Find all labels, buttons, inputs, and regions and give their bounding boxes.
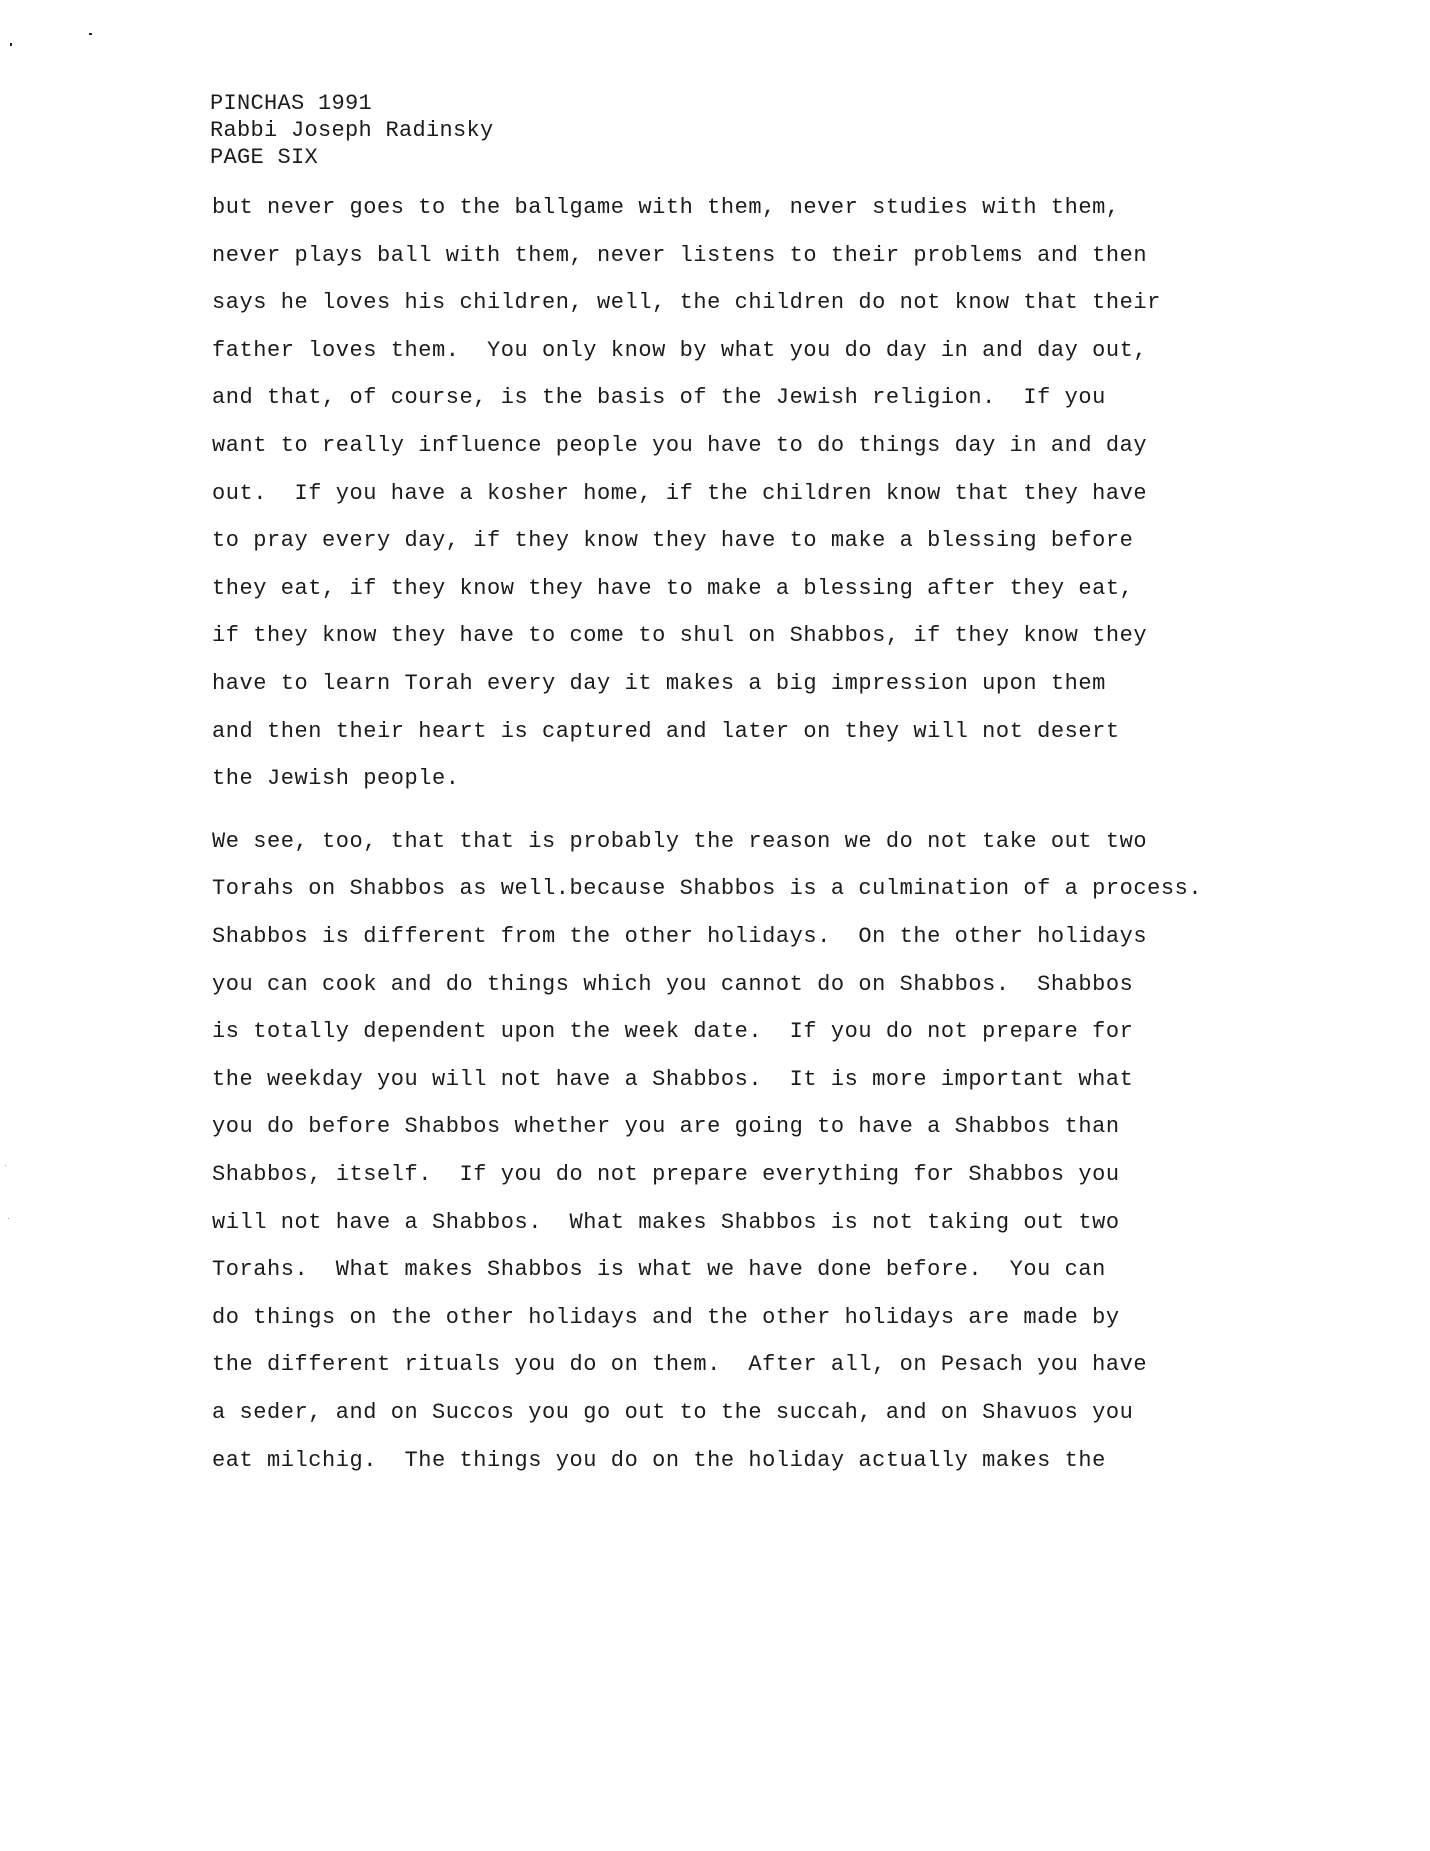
text-line: do things on the other holidays and the … (212, 1305, 1120, 1330)
scan-speck (10, 43, 12, 46)
document-title: PINCHAS 1991 (210, 90, 494, 117)
text-line: Torahs on Shabbos as well.because Shabbo… (212, 876, 1202, 901)
scan-speck (89, 33, 92, 35)
scan-speck (8, 1218, 9, 1219)
text-line: the weekday you will not have a Shabbos.… (212, 1067, 1133, 1092)
scan-speck (5, 1165, 6, 1166)
text-line: eat milchig. The things you do on the ho… (212, 1448, 1106, 1473)
text-line: want to really influence people you have… (212, 433, 1147, 458)
text-line: to pray every day, if they know they hav… (212, 528, 1133, 553)
text-line: have to learn Torah every day it makes a… (212, 671, 1106, 696)
text-line: they eat, if they know they have to make… (212, 576, 1133, 601)
text-line: out. If you have a kosher home, if the c… (212, 481, 1147, 506)
text-line: if they know they have to come to shul o… (212, 623, 1147, 648)
text-line: but never goes to the ballgame with them… (212, 195, 1120, 220)
text-line: the Jewish people. (212, 766, 460, 791)
text-line: father loves them. You only know by what… (212, 338, 1147, 363)
text-line: is totally dependent upon the week date.… (212, 1019, 1133, 1044)
text-line: Torahs. What makes Shabbos is what we ha… (212, 1257, 1106, 1282)
text-line: says he loves his children, well, the ch… (212, 290, 1161, 315)
text-line: Shabbos is different from the other holi… (212, 924, 1147, 949)
text-line: and then their heart is captured and lat… (212, 719, 1120, 744)
document-header: PINCHAS 1991 Rabbi Joseph Radinsky PAGE … (210, 90, 494, 171)
page-label: PAGE SIX (210, 144, 494, 171)
scanned-document-page: PINCHAS 1991 Rabbi Joseph Radinsky PAGE … (0, 0, 1430, 1851)
text-line: will not have a Shabbos. What makes Shab… (212, 1210, 1120, 1235)
text-line: We see, too, that that is probably the r… (212, 829, 1147, 854)
text-line: a seder, and on Succos you go out to the… (212, 1400, 1133, 1425)
text-line: Shabbos, itself. If you do not prepare e… (212, 1162, 1120, 1187)
text-line: never plays ball with them, never listen… (212, 243, 1147, 268)
text-line: you do before Shabbos whether you are go… (212, 1114, 1120, 1139)
text-line: the different rituals you do on them. Af… (212, 1352, 1147, 1377)
text-line: and that, of course, is the basis of the… (212, 385, 1106, 410)
text-line: you can cook and do things which you can… (212, 972, 1133, 997)
document-author: Rabbi Joseph Radinsky (210, 117, 494, 144)
